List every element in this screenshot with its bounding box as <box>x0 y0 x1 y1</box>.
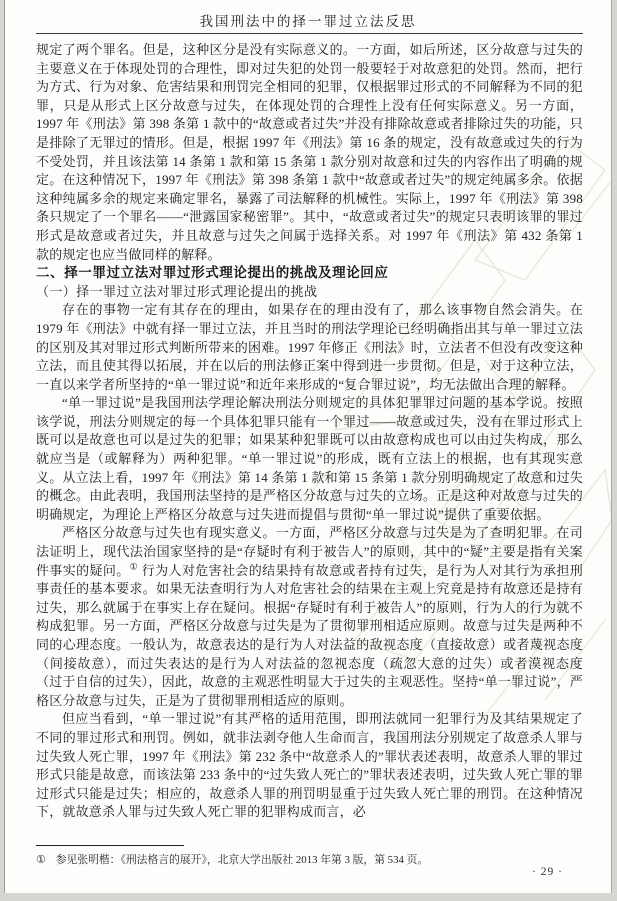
article-body: 规定了两个罪名。但是，这种区分是没有实际意义的。一方面，如后所述，区分故意与过失… <box>36 41 583 822</box>
header-rule <box>36 33 583 34</box>
section-heading: 二、择一罪过立法对罪过形式理论提出的挑战及理论回应 <box>36 264 583 283</box>
paragraph: 严格区分故意与过失也有现实意义。一方面，严格区分故意与过失是为了查明犯罪。在司法… <box>36 524 583 710</box>
paragraph: “单一罪过说”是我国刑法学理论解决刑法分则规定的具体犯罪罪过问题的基本学说。按照… <box>36 394 583 524</box>
footnote: ①参见张明楷：《刑法格言的展开》，北京大学出版社 2013 年第 3 版，第 5… <box>36 853 583 867</box>
running-head-title: 我国刑法中的择一罪过立法反思 <box>5 10 611 30</box>
footnote-separator <box>36 845 184 846</box>
page-number: · 29 · <box>532 866 563 878</box>
subsection-heading: （一）择一罪过立法对罪过形式理论提出的挑战 <box>36 283 583 302</box>
paragraph: 但应当看到，“单一罪过说”有其严格的适用范围，即刑法就同一犯罪行为及其结果规定了… <box>36 710 583 822</box>
footnote-text: 参见张明楷：《刑法格言的展开》，北京大学出版社 2013 年第 3 版，第 53… <box>56 854 429 866</box>
paragraph: 存在的事物一定有其存在的理由，如果存在的理由没有了，那么该事物自然会消失。在 1… <box>36 301 583 394</box>
paragraph-text: 行为人对危害社会的结果持有故意或者持有过失，是行为人对其行为承担刑事责任的基本要… <box>36 563 583 708</box>
paragraph-continuation: 规定了两个罪名。但是，这种区分是没有实际意义的。一方面，如后所述，区分故意与过失… <box>36 41 583 264</box>
scanned-page: 我国刑法中的择一罪过立法反思 规定了两个罪名。但是，这种区分是没有实际意义的。一… <box>4 0 612 893</box>
footnote-marker: ① <box>36 854 46 866</box>
footnote-reference: ① <box>130 561 138 571</box>
